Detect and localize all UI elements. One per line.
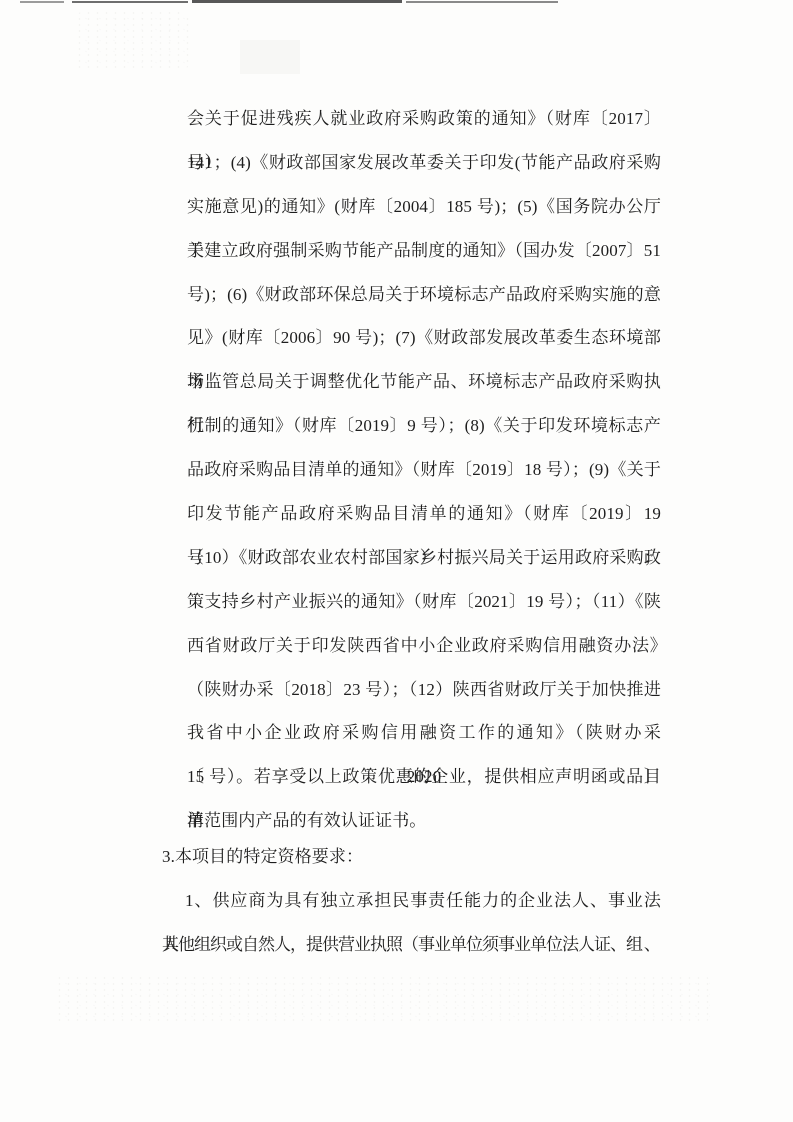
- doc-line: 我省中小企业政府采购信用融资工作的通知》（陕财办采〔2020〕: [187, 711, 661, 755]
- doc-line: 1、供应商为具有独立承担民事责任能力的企业法人、事业法人、: [162, 879, 661, 923]
- doc-line: 15 号）。若享受以上政策优惠的企业，提供相应声明函或品目清: [187, 755, 661, 799]
- doc-line: 于建立政府强制采购节能产品制度的通知》（国办发〔2007〕51: [187, 229, 661, 273]
- doc-line: （10）《财政部农业农村部国家乡村振兴局关于运用政府采购政: [187, 536, 661, 580]
- doc-line: 号)；(6)《财政部环保总局关于环境标志产品政府采购实施的意: [187, 273, 661, 317]
- doc-line: 号）；(4)《财政部国家发展改革委关于印发(节能产品政府采购: [187, 141, 661, 185]
- document-body: 会关于促进残疾人就业政府采购政策的通知》（财库〔2017〕141 号）；(4)《…: [0, 97, 793, 967]
- scan-noise-blob: [75, 10, 190, 72]
- doc-line: 见》(财库〔2006〕90 号)；(7)《财政部发展改革委生态环境部市: [187, 316, 661, 360]
- doc-line: 场监管总局关于调整优化节能产品、环境标志产品政府采购执行: [187, 360, 661, 404]
- doc-line: 实施意见)的通知》(财库〔2004〕185 号)；(5)《国务院办公厅关: [187, 185, 661, 229]
- doc-line: 机制的通知》（财库〔2019〕9 号）；(8)《关于印发环境标志产: [187, 404, 661, 448]
- doc-line: 西省财政厅关于印发陕西省中小企业政府采购信用融资办法》: [187, 624, 661, 668]
- scanned-document-page: 会关于促进残疾人就业政府采购政策的通知》（财库〔2017〕141 号）；(4)《…: [0, 0, 793, 1122]
- scan-artifact-top-line: [72, 1, 188, 3]
- scan-artifact-top-line: [192, 0, 402, 3]
- doc-line: 会关于促进残疾人就业政府采购政策的通知》（财库〔2017〕141: [187, 97, 661, 141]
- scan-noise-band: [55, 975, 710, 1023]
- doc-line: 印发节能产品政府采购品目清单的通知》（财库〔2019〕19 号）；: [187, 492, 661, 536]
- doc-line: 策支持乡村产业振兴的通知》（财库〔2021〕19 号）；（11）《陕: [187, 580, 661, 624]
- doc-line: 其他组织或自然人，提供营业执照（事业单位须事业单位法人证、组: [162, 923, 661, 967]
- scan-artifact-top-line: [20, 1, 64, 3]
- doc-line: 品政府采购品目清单的通知》（财库〔2019〕18 号）；(9)《关于: [187, 448, 661, 492]
- scan-artifact-top-line: [406, 1, 558, 3]
- doc-line: （陕财办采〔2018〕23 号）；（12）陕西省财政厅关于加快推进: [187, 668, 661, 712]
- scan-smudge: [240, 40, 300, 74]
